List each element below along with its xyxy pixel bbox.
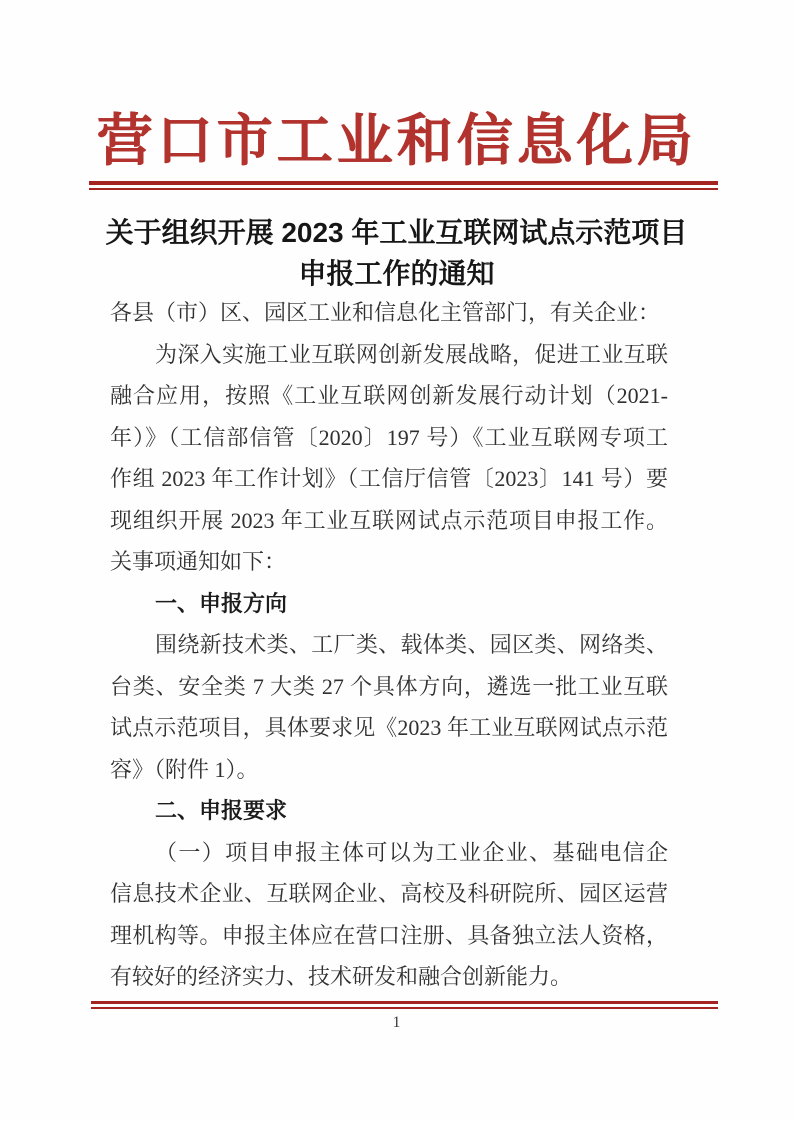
footer-divider-bottom-line — [91, 1007, 718, 1010]
document-body: 各县（市）区、园区工业和信息化主管部门，有关企业： 为深入实施工业互联网创新发展… — [110, 292, 668, 998]
document-line: 理机构等。申报主体应在营口注册、具备独立法人资格，具 — [110, 915, 668, 957]
document-line: 关事项通知如下： — [110, 541, 668, 583]
section-heading-2: 二、申报要求 — [110, 790, 668, 832]
document-line: 为深入实施工业互联网创新发展战略，促进工业互联网 — [110, 334, 668, 376]
salutation-line: 各县（市）区、园区工业和信息化主管部门，有关企业： — [110, 292, 668, 334]
header-divider — [89, 181, 718, 190]
document-title-line-2: 申报工作的通知 — [0, 253, 793, 294]
document-line: 有较好的经济实力、技术研发和融合创新能力。 — [110, 956, 668, 998]
document-line: 现组织开展 2023 年工业互联网试点示范项目申报工作。有 — [110, 500, 668, 542]
footer-divider-top-line — [91, 1001, 718, 1004]
header-divider-thick-line — [89, 181, 718, 185]
document-title: 关于组织开展 2023 年工业互联网试点示范项目 申报工作的通知 — [0, 212, 793, 294]
document-line: 融合应用，按照《工业互联网创新发展行动计划（2021-2023 — [110, 375, 668, 417]
document-line: （一）项目申报主体可以为工业企业、基础电信企业、 — [110, 832, 668, 874]
scanned-document-page: 营口市工业和信息化局 关于组织开展 2023 年工业互联网试点示范项目 申报工作… — [0, 0, 793, 1121]
document-line: 作组 2023 年工作计划》（工信厅信管〔2023〕141 号）要求， — [110, 458, 668, 500]
page-number: 1 — [0, 1014, 793, 1032]
document-line: 容》（附件 1）。 — [110, 749, 668, 791]
footer-divider — [91, 1001, 718, 1009]
document-line: 围绕新技术类、工厂类、载体类、园区类、网络类、平 — [110, 624, 668, 666]
document-line: 年）》（工信部信管〔2020〕197 号）《工业互联网专项工 — [110, 417, 668, 459]
document-line: 信息技术企业、互联网企业、高校及科研院所、园区运营管 — [110, 873, 668, 915]
section-heading-1: 一、申报方向 — [110, 583, 668, 625]
document-line: 台类、安全类 7 大类 27 个具体方向，遴选一批工业互联网 — [110, 666, 668, 708]
agency-name-header: 营口市工业和信息化局 — [0, 97, 793, 177]
document-title-line-1: 关于组织开展 2023 年工业互联网试点示范项目 — [0, 212, 793, 253]
document-line: 试点示范项目，具体要求见《2023 年工业互联网试点示范内 — [110, 707, 668, 749]
header-divider-thin-line — [89, 188, 718, 190]
scan-artifact-speck — [485, 262, 490, 265]
